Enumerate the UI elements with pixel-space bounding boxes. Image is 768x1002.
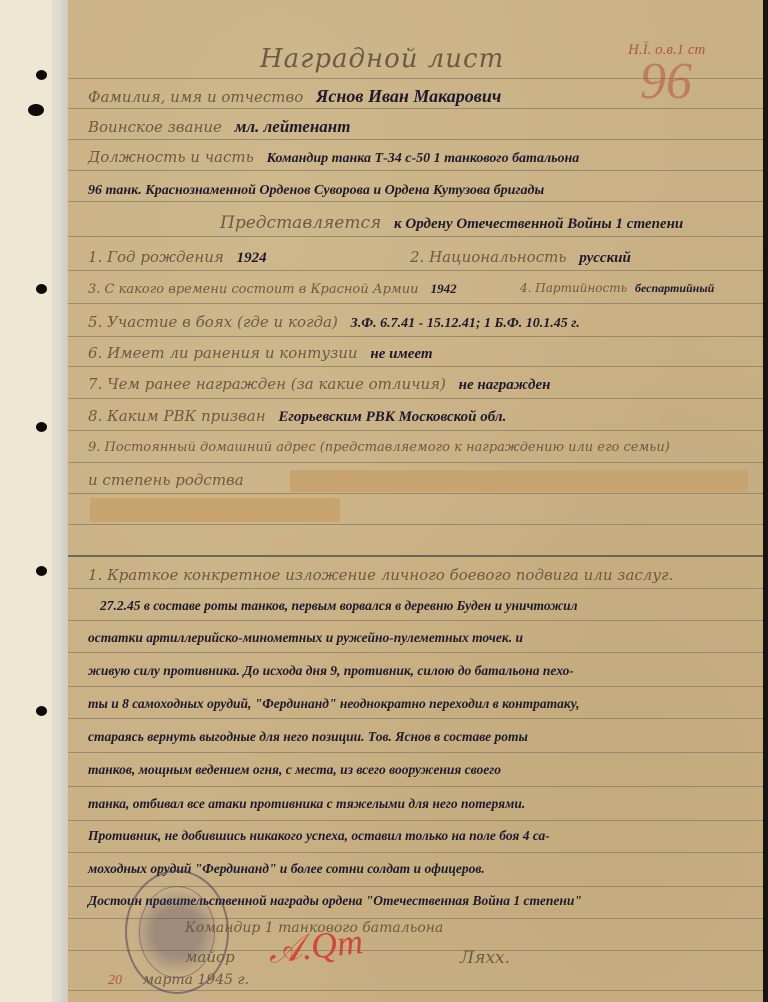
field-value: мл. лейтенант	[235, 117, 351, 136]
ruled-line	[68, 170, 763, 171]
redacted-address-cont	[90, 498, 340, 522]
field-combat-participation: 5. Участие в боях (где и когда) З.Ф. 6.7…	[88, 313, 756, 332]
field-value: беспартийный	[635, 281, 714, 295]
date-day: 20	[108, 973, 122, 988]
narrative-line: остатки артиллерийско-минометных и ружей…	[88, 630, 756, 646]
field-label: 4. Партийность	[520, 281, 627, 295]
sheet-edge-shadow	[763, 0, 768, 1002]
margin-fold-strip	[52, 0, 68, 1002]
field-label: Фамилия, имя и отчество	[88, 88, 303, 106]
ruled-line	[68, 236, 763, 237]
field-value: русский	[579, 250, 631, 266]
field-value: не награжден	[459, 377, 551, 393]
field-draft-office: 8. Каким РВК призван Егорьевским РВК Мос…	[88, 407, 756, 426]
field-label: 9. Постоянный домашний адрес (представля…	[88, 440, 670, 455]
field-label: и степень родства	[88, 471, 244, 489]
ruled-line	[68, 398, 763, 399]
narrative-line: 27.2.45 в составе роты танков, первым во…	[100, 598, 756, 614]
ruled-line	[68, 588, 763, 589]
punch-hole-icon	[28, 104, 44, 116]
signer-name: Ляхх.	[460, 948, 756, 968]
ruled-line	[68, 686, 763, 687]
punch-hole-icon	[36, 70, 47, 80]
ruled-line	[68, 139, 763, 140]
field-full-name: Фамилия, имя и отчество Яснов Иван Макар…	[88, 86, 756, 107]
punch-hole-icon	[36, 706, 47, 716]
ruled-line	[68, 652, 763, 653]
ruled-line	[68, 786, 763, 787]
field-value: 96 танк. Краснознаменной Орденов Суворов…	[88, 183, 544, 198]
field-party: 4. Партийность беспартийный	[520, 281, 756, 296]
field-label: Представляется	[220, 213, 381, 233]
heading-text: 1. Краткое конкретное изложение личного …	[88, 566, 673, 584]
ruled-line	[68, 752, 763, 753]
field-label: 1. Год рождения	[88, 248, 224, 266]
field-nominated-for: Представляется к Ордену Отечественной Во…	[220, 213, 756, 233]
ruled-line	[68, 336, 763, 337]
field-label: Должность и часть	[88, 148, 254, 166]
field-label: 3. С какого времени состоит в Красной Ар…	[88, 282, 418, 297]
section2-heading: 1. Краткое конкретное изложение личного …	[88, 566, 756, 584]
field-wounds: 6. Имеет ли ранения и контузии не имеет	[88, 344, 756, 363]
ruled-line	[68, 462, 763, 463]
field-label: 8. Каким РВК призван	[88, 407, 266, 425]
signature-date: 20 марта 1945 г.	[108, 972, 756, 989]
field-label: Воинское звание	[88, 118, 222, 136]
punch-hole-icon	[36, 284, 47, 294]
document-title: Наградной лист	[260, 44, 504, 74]
field-value: Яснов Иван Макарович	[316, 86, 501, 106]
narrative-line: стараясь вернуть выгодные для него позиц…	[88, 729, 756, 745]
field-value: не имеет	[370, 346, 432, 362]
field-label: 6. Имеет ли ранения и контузии	[88, 344, 358, 362]
field-value: 1942	[431, 281, 457, 296]
punch-hole-icon	[36, 566, 47, 576]
narrative-line: ты и 8 самоходных орудий, "Фердинанд" не…	[88, 696, 756, 712]
field-value: З.Ф. 6.7.41 - 15.12.41; 1 Б.Ф. 10.1.45 г…	[351, 316, 580, 331]
field-previous-awards: 7. Чем ранее награжден (за какие отличия…	[88, 375, 756, 394]
narrative-line: танков, мощным ведением огня, с места, и…	[88, 762, 756, 778]
section-divider	[68, 555, 763, 557]
narrative-line: живую силу противника. До исхода дня 9, …	[88, 663, 756, 679]
ruled-line	[68, 270, 763, 271]
ruled-line	[68, 620, 763, 621]
ruled-line	[68, 820, 763, 821]
ruled-line	[68, 524, 763, 525]
ruled-line	[68, 852, 763, 853]
field-position-unit-cont: 96 танк. Краснознаменной Орденов Суворов…	[88, 180, 756, 199]
ruled-line	[68, 201, 763, 202]
narrative-line: танка, отбивал все атаки противника с тя…	[88, 796, 756, 812]
ruled-line	[68, 718, 763, 719]
narrative-line: Противник, не добившись никакого успеха,…	[88, 828, 756, 844]
ruled-line	[68, 493, 763, 494]
field-value: 1924	[237, 250, 267, 266]
field-value: Командир танка Т-34 с-50 1 танкового бат…	[267, 151, 580, 166]
ruled-line	[68, 366, 763, 367]
field-label: 2. Национальность	[410, 248, 567, 266]
field-value: Егорьевским РВК Московской обл.	[278, 409, 506, 425]
field-nationality: 2. Национальность русский	[410, 248, 756, 267]
field-label: 5. Участие в боях (где и когда)	[88, 313, 338, 331]
redacted-address	[290, 470, 748, 492]
field-home-address: 9. Постоянный домашний адрес (представля…	[88, 440, 756, 455]
field-rank: Воинское звание мл. лейтенант	[88, 117, 756, 137]
ruled-line	[68, 430, 763, 431]
date-month-year: марта 1945 г.	[142, 972, 249, 988]
field-label: 7. Чем ранее награжден (за какие отличия…	[88, 375, 446, 393]
field-value: к Ордену Отечественной Войны 1 степени	[394, 216, 683, 232]
field-position-unit: Должность и часть Командир танка Т-34 с-…	[88, 148, 756, 167]
ruled-line	[68, 303, 763, 304]
punch-hole-icon	[36, 422, 47, 432]
binding-margin	[0, 0, 56, 1002]
